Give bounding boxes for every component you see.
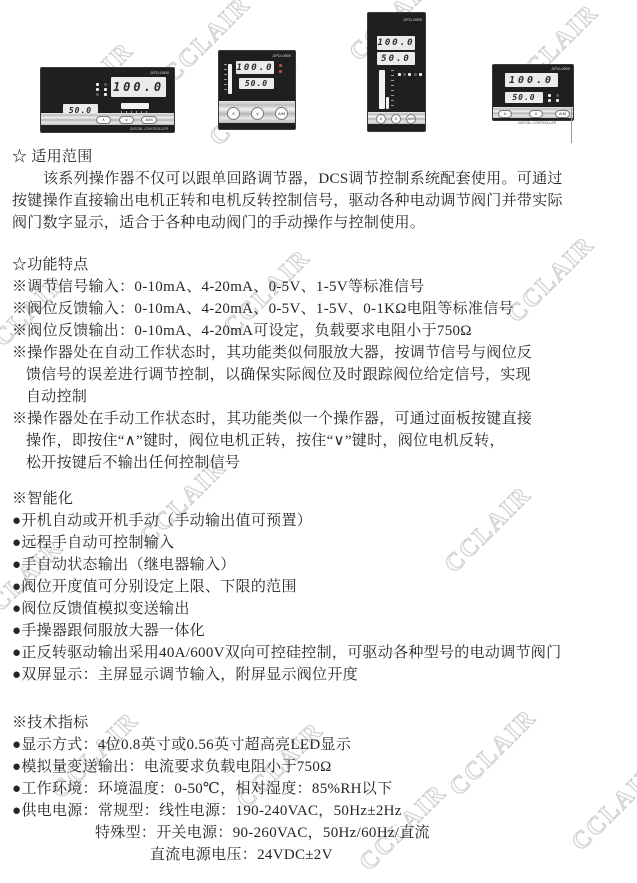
panel-edge-line — [571, 108, 572, 143]
spec-line: ●供电电源：常规型：线性电源：190-240VAC，50Hz±2Hz — [12, 800, 627, 822]
indicator-led — [96, 93, 99, 96]
intelligence-line: ●手操器跟伺服放大器一体化 — [12, 620, 627, 642]
features-title: ☆功能特点 — [12, 254, 627, 276]
indicator-led — [419, 73, 422, 76]
feature-line: 操作，即按住“∧”键时，阀位电机正转，按住“∨”键时，阀位电机反转， — [12, 430, 627, 452]
auto-manual-button: A/M — [406, 114, 416, 124]
pv-display: 100.0 — [377, 36, 415, 50]
indicator-led — [548, 99, 551, 102]
bargraph-scale-ticks — [391, 70, 394, 109]
controller-panel-horizontal: DFD-0900 100.0 50.0 ∧ ∨ A/M DIGITAL CONT… — [40, 67, 175, 133]
feature-line: 松开按键后不输出任何控制信号 — [12, 452, 627, 474]
controller-panel-square: DFD-0900 100.0 50.0 ∧ ∨ A/M — [218, 50, 296, 130]
spec-line: ●工作环境：环境温度：0-50℃，相对湿度：85%RH以下 — [12, 778, 627, 800]
intelligence-line: ●正反转驱动输出采用40A/600V双向可控硅控制，可驱动各种型号的电动调节阀门 — [12, 642, 627, 664]
indicator-led — [104, 88, 107, 91]
up-button: ∧ — [376, 114, 386, 124]
usage-line: 阀门数字显示，适合于各种电动阀门的手动操作与控制使用。 — [12, 212, 627, 234]
spec-line: 直流电源电压：24VDC±2V — [12, 844, 627, 866]
model-label: DFD-0900 — [552, 66, 570, 71]
down-button: ∨ — [251, 107, 264, 120]
pv-display: 100.0 — [111, 77, 166, 97]
feature-line: ※操作器处在自动工作状态时，其功能类似伺服放大器，按调节信号与阀位反 — [12, 342, 627, 364]
sv-display: 50.0 — [377, 52, 415, 65]
document-body: ☆ 适用范围 该系列操作器不仅可以跟单回路调节器，DCS调节控制系统配套使用。可… — [12, 146, 627, 866]
status-led — [279, 64, 282, 67]
indicator-led — [408, 73, 411, 76]
button-strip: ∧ ∨ A/M — [493, 107, 573, 118]
sv-display: 50.0 — [239, 78, 274, 89]
pv-display: 100.0 — [505, 73, 558, 87]
intelligence-line: ●双屏显示：主屏显示调节输入，附屏显示阀位开度 — [12, 664, 627, 686]
indicator-led — [398, 73, 401, 76]
valve-bargraph — [379, 70, 385, 109]
indicator-led — [403, 73, 406, 76]
indicator-led — [556, 94, 559, 97]
up-button: ∧ — [227, 107, 240, 120]
bargraph-scale-ticks — [224, 64, 227, 94]
up-button: ∧ — [96, 116, 111, 124]
button-strip: ∧ ∨ A/M — [219, 101, 295, 123]
pv-display: 100.0 — [236, 61, 274, 74]
indicator-led — [548, 94, 551, 97]
valve-bargraph-secondary — [386, 97, 389, 109]
feature-line: ※调节信号输入：0-10mA、4-20mA、0-5V、1-5V等标准信号 — [12, 276, 627, 298]
indicator-led — [104, 93, 107, 96]
intelligence-title: ※智能化 — [12, 488, 627, 510]
indicator-led — [556, 99, 559, 102]
spec-line: ●显示方式：4位0.8英寸或0.56英寸超高亮LED显示 — [12, 734, 627, 756]
digital-controller-caption: DIGITAL CONTROLLER — [518, 121, 556, 125]
indicator-led — [414, 73, 417, 76]
valve-bar-indicator — [121, 103, 149, 109]
usage-line: 按键操作直接输出电机正转和电机反转控制信号，驱动各种电动调节阀门并带实际 — [12, 190, 627, 212]
model-label: DFD-0900 — [273, 53, 291, 58]
auto-manual-button: A/M — [555, 110, 570, 118]
intelligence-line: ●手自动状态输出（继电器输入） — [12, 554, 627, 576]
auto-manual-button: A/M — [275, 107, 288, 120]
intelligence-line: ●阀位开度值可分别设定上限、下限的范围 — [12, 576, 627, 598]
button-strip: ∧ ∨ A/M — [368, 112, 425, 124]
indicator-led — [104, 83, 107, 86]
intelligence-line: ●开机自动或开机手动（手动输出值可预置） — [12, 510, 627, 532]
spec-line: 特殊型：开关电源：90-260VAC，50Hz/60Hz/直流 — [12, 822, 627, 844]
specs-title: ※技术指标 — [12, 712, 627, 734]
usage-line: 该系列操作器不仅可以跟单回路调节器，DCS调节控制系统配套使用。可通过 — [12, 168, 627, 190]
indicator-led — [96, 83, 99, 86]
sv-display: 50.0 — [505, 92, 543, 103]
usage-title: ☆ 适用范围 — [12, 146, 627, 168]
controller-panel-vertical: DFD-0900 100.0 50.0 ∧ ∨ A/M — [367, 12, 426, 132]
intelligence-line: ●阀位反馈值模拟变送输出 — [12, 598, 627, 620]
up-button: ∧ — [498, 110, 512, 118]
valve-bargraph — [228, 64, 232, 94]
status-led — [279, 70, 282, 73]
controller-panel-small: DFD-0900 100.0 50.0 ∧ ∨ A/M — [492, 64, 574, 121]
down-button: ∨ — [119, 116, 134, 124]
spec-line: ●模拟量变送输出：电流要求负载电阻小于750Ω — [12, 756, 627, 778]
feature-line: 自动控制 — [12, 386, 627, 408]
feature-line: 馈信号的误差进行调节控制，以确保实际阀位及时跟踪阀位给定信号，实现 — [12, 364, 627, 386]
feature-line: ※操作器处在手动工作状态时，其功能类似一个操作器，可通过面板按键直接 — [12, 408, 627, 430]
down-button: ∨ — [391, 114, 401, 124]
model-label: DFD-0900 — [404, 17, 422, 22]
feature-line: ※阀位反馈输出：0-10mA、4-20mA可设定，负载要求电阻小于750Ω — [12, 320, 627, 342]
down-button: ∨ — [529, 110, 543, 118]
indicator-led — [96, 88, 99, 91]
model-label: DFD-0900 — [151, 70, 169, 75]
button-strip: ∧ ∨ A/M — [41, 113, 174, 125]
feature-line: ※阀位反馈输入：0-10mA、4-20mA、0-5V、1-5V、0-1KΩ电阻等… — [12, 298, 627, 320]
auto-manual-button: A/M — [141, 116, 157, 124]
intelligence-line: ●远程手自动可控制输入 — [12, 532, 627, 554]
digital-controller-caption: DIGITAL CONTROLLER — [130, 127, 168, 131]
